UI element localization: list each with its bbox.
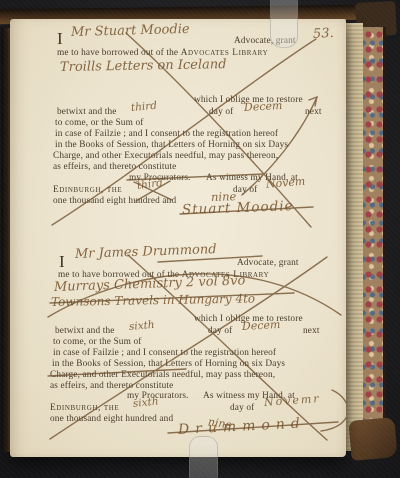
restore-day-handwritten: third: [131, 101, 158, 114]
printed-session-line: in the Books of Session, that Letters of…: [52, 360, 285, 369]
borrower-name-handwritten: Mr Stuart Moodie: [71, 23, 190, 39]
signed-month-handwritten: Novem: [266, 176, 306, 190]
borrower-name-handwritten: Mr James Drummond: [75, 243, 217, 261]
page-holder-strip-top: [270, 0, 298, 48]
printed-initial: I: [57, 30, 63, 47]
printed-failzie-line: in case of Failzie ; and I consent to th…: [55, 130, 278, 139]
signed-day-handwritten: sixth: [132, 396, 159, 409]
printed-edinburgh: Edinburgh, the: [50, 404, 119, 413]
borrowed-book-title-struck: Townsons Travels in Hungary 4to: [51, 292, 255, 308]
marbled-fore-edge: [363, 27, 386, 447]
page-number: 53.: [313, 27, 334, 41]
printed-initial: I: [59, 253, 65, 270]
printed-edinburgh: Edinburgh, the: [53, 186, 122, 195]
printed-sum-line: to come, or the Sum of: [55, 119, 144, 128]
page-holder-strip-bottom: [189, 436, 218, 478]
printed-charge-line: Charge, and other Executorials needful, …: [53, 152, 278, 161]
page-stack-fore-edge: [346, 23, 363, 451]
printed-betwixt: betwixt and the: [57, 108, 117, 117]
printed-sum-line: to come, or the Sum of: [53, 338, 142, 347]
printed-effeirs-line: as effeirs, and thereto constitute: [50, 382, 173, 391]
signature-handwritten: Drummond: [178, 416, 306, 437]
printed-effeirs-line: as effeirs, and thereto constitute: [53, 163, 176, 172]
printed-session-line: in the Books of Session, that Letters of…: [55, 141, 288, 150]
printed-day-of: day of: [209, 108, 233, 117]
restore-day-handwritten: sixth: [129, 320, 155, 333]
printed-advocate-grant: Advocate, grant: [237, 259, 299, 268]
restore-month-handwritten: Decem: [242, 319, 281, 332]
photograph-of-library-register: 53. I Mr Stuart Moodie Advocate, grant m…: [0, 0, 400, 478]
printed-day-of: day of: [230, 404, 254, 413]
restore-month-handwritten: Decem: [244, 100, 283, 113]
borrowed-book-title: Troills Letters on Iceland: [60, 58, 227, 74]
printed-charge-line: Charge, and other Executorials needful, …: [50, 371, 275, 380]
printed-next: next: [305, 108, 322, 117]
printed-borrowed-line: me to have borrowed out of the Advocates…: [57, 49, 268, 58]
printed-day-of: day of: [208, 327, 232, 336]
printed-year-line: one thousand eight hundred and: [53, 197, 176, 206]
printed-failzie-line: in case of Failzie ; and I consent to th…: [53, 349, 276, 358]
signature-handwritten: Stuart Moodie: [182, 200, 294, 217]
signed-month-handwritten: Novemr: [264, 393, 321, 408]
printed-year-line: one thousand eight hundred and: [50, 415, 173, 424]
printed-next: next: [303, 327, 320, 336]
signed-day-handwritten: third: [136, 178, 163, 192]
printed-betwixt: betwixt and the: [55, 327, 115, 336]
book-corner-leather: [348, 417, 397, 461]
register-page: 53. I Mr Stuart Moodie Advocate, grant m…: [10, 19, 346, 457]
printed-day-of: day of: [233, 186, 257, 195]
